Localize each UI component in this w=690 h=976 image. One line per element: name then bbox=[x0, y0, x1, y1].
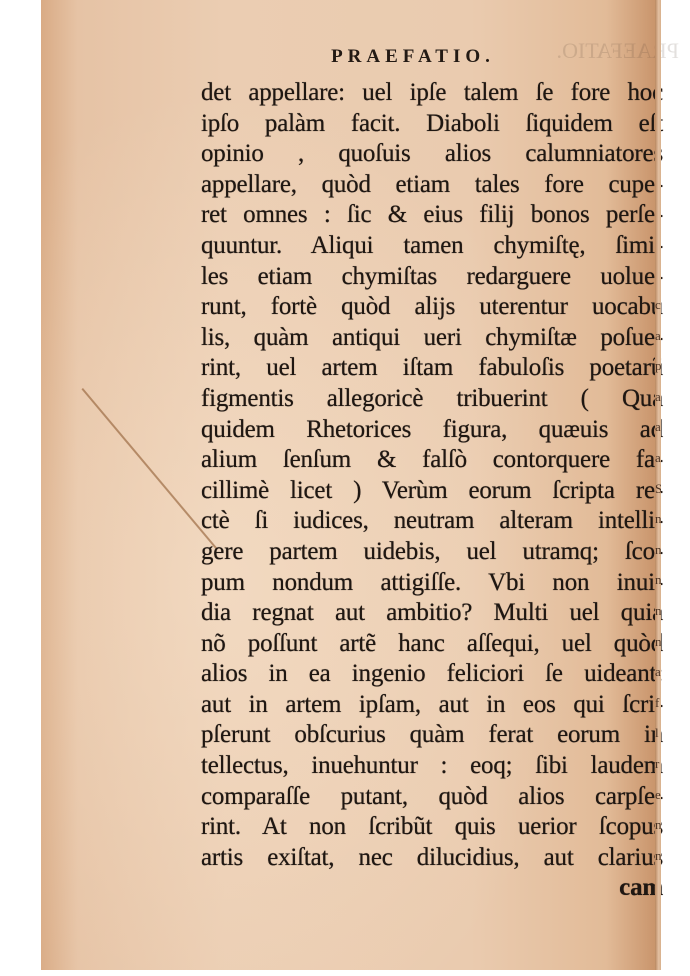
text-line: ctè ſi iudices, neutram alteram intelli- bbox=[201, 506, 663, 537]
text-line: alios in ea ingenio feliciori ſe uideant… bbox=[201, 659, 663, 690]
text-line: gere partem uidebis, uel utramq; ſco- bbox=[201, 537, 663, 568]
text-line: appellare, quòd etiam tales fore cupe- bbox=[201, 170, 663, 201]
text-line: runt, fortè quòd alijs uterentur uocabu bbox=[201, 292, 663, 323]
edge-letter: n bbox=[655, 627, 661, 658]
text-line: rint. At non ſcribũt quis uerior ſcopus bbox=[201, 812, 663, 843]
edge-letter: n bbox=[655, 565, 661, 596]
edge-letter: n bbox=[655, 841, 661, 872]
book-page: PRAEFATIO. PRAEFATIO. det appellare: uel… bbox=[41, 0, 655, 970]
edge-letter: f bbox=[655, 688, 661, 719]
text-line: opinio , quoſuis alios calumniatores bbox=[201, 139, 663, 170]
text-line: quidem Rhetorices figura, quæuis ad bbox=[201, 415, 663, 446]
edge-letter: r bbox=[655, 749, 661, 780]
text-line: pſerunt obſcurius quàm ferat eorum in bbox=[201, 720, 663, 751]
text-line: tellectus, inuehuntur : eoq; ſibi laudem bbox=[201, 751, 663, 782]
edge-letter: n bbox=[655, 596, 661, 627]
edge-letter: c bbox=[655, 290, 661, 321]
adjacent-page-letters: c a p a a a S n n n n n a f l r e n n bbox=[655, 290, 661, 871]
text-line: quuntur. Aliqui tamen chymiſtę, ſimi- bbox=[201, 231, 663, 262]
text-line: nõ poſſunt artẽ hanc aſſequi, uel quòd bbox=[201, 629, 663, 660]
text-line: ipſo palàm facit. Diaboli ſiquidem eſt bbox=[201, 109, 663, 140]
text-line: artis exiſtat, nec dilucidius, aut clari… bbox=[201, 843, 663, 874]
paper-crease bbox=[81, 388, 218, 550]
text-line: rint, uel artem iſtam fabuloſis poetarũ bbox=[201, 353, 663, 384]
text-line: comparaſſe putant, quòd alios carpſe- bbox=[201, 782, 663, 813]
text-line: dia regnat aut ambitio? Multi uel quia bbox=[201, 598, 663, 629]
edge-letter: a bbox=[655, 657, 661, 688]
text-line: cillimè licet ) Verùm eorum ſcripta re- bbox=[201, 476, 663, 507]
edge-letter: a bbox=[655, 412, 661, 443]
text-line: lis, quàm antiqui ueri chymiſtæ poſue- bbox=[201, 323, 663, 354]
edge-letter: n bbox=[655, 535, 661, 566]
text-block: det appellare: uel ipſe talem ſe fore ho… bbox=[201, 78, 663, 904]
text-line: ret omnes : ſic & eius filij bonos perſe… bbox=[201, 200, 663, 231]
text-line: pum nondum attigiſſe. Vbi non inui- bbox=[201, 568, 663, 599]
text-line: figmentis allegoricè tribuerint ( Qua bbox=[201, 384, 663, 415]
edge-letter: l bbox=[655, 718, 661, 749]
edge-letter: a bbox=[655, 443, 661, 474]
text-line: aut in artem ipſam, aut in eos qui ſcri- bbox=[201, 690, 663, 721]
edge-letter: e bbox=[655, 780, 661, 811]
edge-letter: a bbox=[655, 382, 661, 413]
catchword: cam bbox=[201, 873, 663, 904]
text-line: det appellare: uel ipſe talem ſe fore ho… bbox=[201, 78, 663, 109]
edge-letter: S bbox=[655, 474, 661, 505]
edge-letter: n bbox=[655, 504, 661, 535]
edge-letter: n bbox=[655, 810, 661, 841]
text-line: alium ſenſum & falſò contorquere fa- bbox=[201, 445, 663, 476]
text-line: les etiam chymiſtas redarguere uolue- bbox=[201, 262, 663, 293]
edge-letter: p bbox=[655, 351, 661, 382]
edge-letter: a bbox=[655, 321, 661, 352]
running-head: PRAEFATIO. bbox=[41, 46, 655, 68]
